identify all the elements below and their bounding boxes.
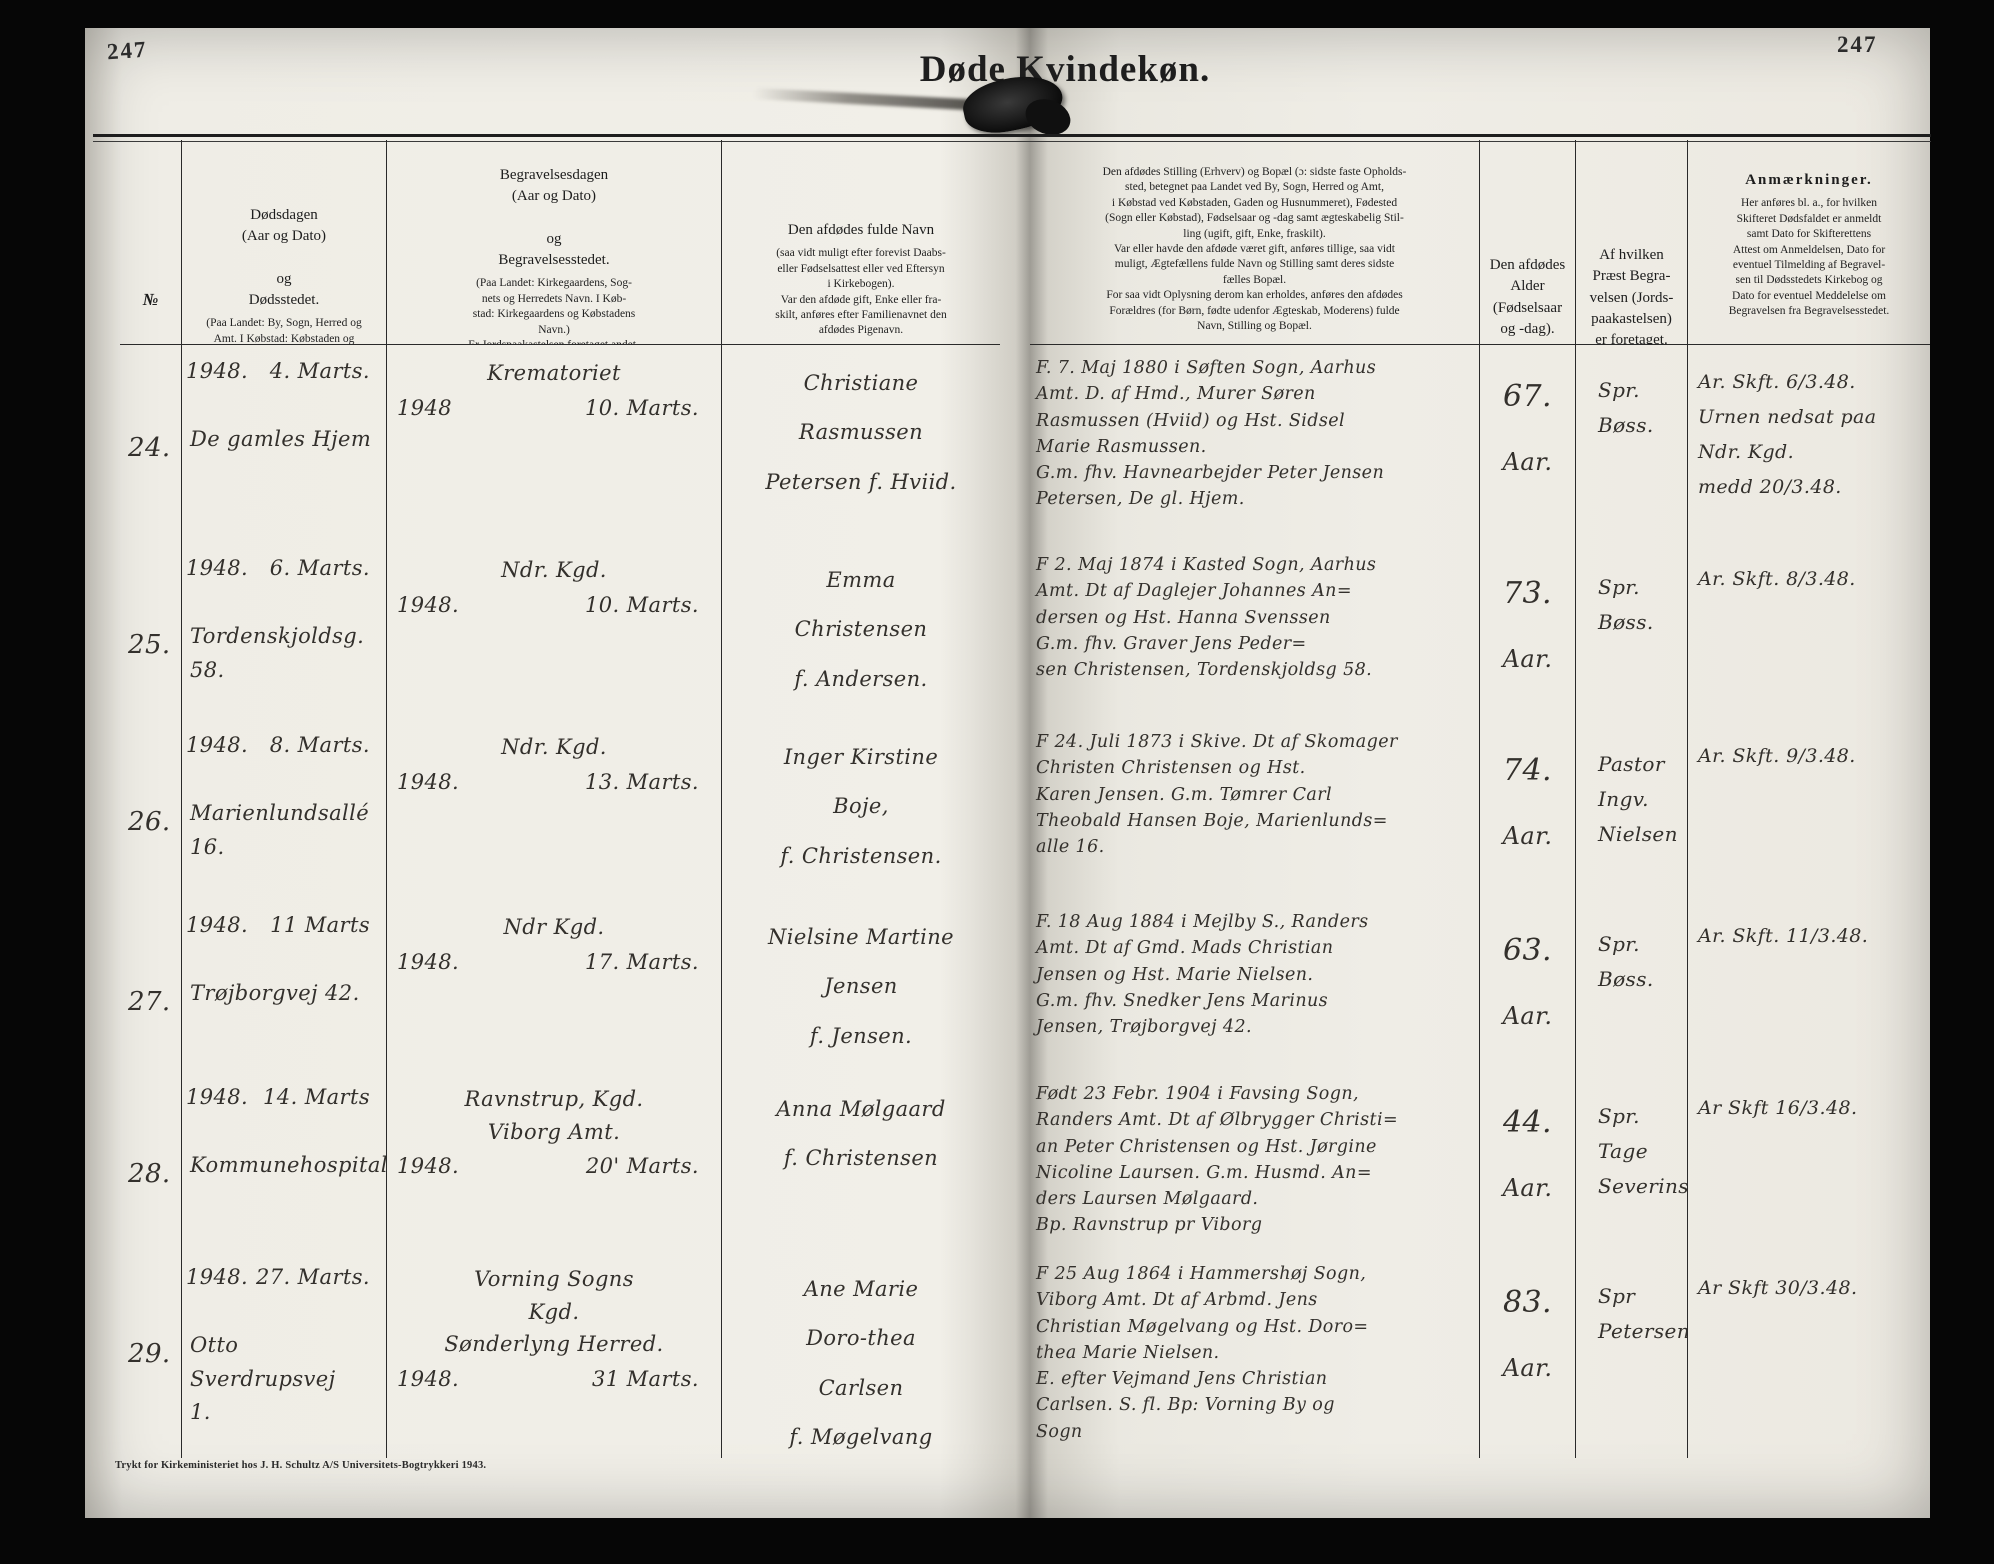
- age-cell: 73. Aar.: [1480, 542, 1576, 719]
- occupation-cell: F. 18 Aug 1884 i Mejlby S., Randers Amt.…: [1030, 899, 1480, 1071]
- age-cell: 67. Aar.: [1480, 345, 1576, 542]
- burial-place: Vorning Sogns Kgd. Sønderlyng Herred.: [387, 1251, 721, 1361]
- burial-cell: Ndr. Kgd. 1948.10. Marts.: [387, 542, 722, 719]
- remarks-cell: Ar. Skft. 8/3.48.: [1688, 542, 1930, 719]
- priest-cell: Spr. Tage Severinsen: [1576, 1071, 1688, 1251]
- age-header-title: Den afdødes Alder (Fødselsaar og -dag).: [1482, 255, 1573, 340]
- remarks-header-note: Her anføres bl. a., for hvilken Skiftere…: [1696, 196, 1922, 319]
- burial-year: 1948.: [397, 950, 459, 974]
- burial-place: Ravnstrup, Kgd. Viborg Amt.: [387, 1071, 721, 1148]
- age-value: 63.: [1480, 899, 1575, 968]
- age-unit: Aar.: [1480, 611, 1575, 673]
- priest-cell: Spr. Bøss.: [1576, 542, 1688, 719]
- death-year: 1948.: [186, 733, 248, 757]
- page-gap: [1000, 542, 1030, 719]
- page-gap: [1000, 140, 1030, 345]
- age-unit: Aar.: [1480, 1140, 1575, 1202]
- death-date: 8. Marts.: [270, 733, 370, 757]
- death-year: 1948.: [186, 913, 248, 937]
- column-header-occupation: Den afdødes Stilling (Erhverv) og Bopæl …: [1030, 140, 1480, 345]
- register-table: № Dødsdagen (Aar og Dato) og Dødsstedet.…: [120, 140, 1930, 1458]
- age-cell: 63. Aar.: [1480, 899, 1576, 1071]
- page-title: Døde Kvindekøn.: [875, 48, 1255, 91]
- column-header-remarks: Anmærkninger. Her anføres bl. a., for hv…: [1688, 140, 1930, 345]
- page-gap: [1000, 899, 1030, 1071]
- age-unit: Aar.: [1480, 788, 1575, 850]
- age-value: 67.: [1480, 345, 1575, 414]
- burial-date: 17. Marts.: [585, 950, 699, 974]
- burial-year: 1948.: [397, 593, 459, 617]
- page-number-left: 247: [106, 37, 148, 66]
- death-date: 14. Marts: [263, 1085, 370, 1109]
- remarks-cell: Ar. Skft. 11/3.48.: [1688, 899, 1930, 1071]
- occupation-header-note: Den afdødes Stilling (Erhverv) og Bopæl …: [1036, 165, 1473, 334]
- column-header-priest: Af hvilken Præst Begra- velsen (Jords- p…: [1576, 140, 1688, 345]
- page-gap: [1000, 1251, 1030, 1458]
- burial-date: 10. Marts.: [585, 593, 699, 617]
- entry-number: 27.: [120, 899, 182, 1071]
- death-year: 1948.: [186, 556, 248, 580]
- burial-header-note: (Paa Landet: Kirkegaardens, Sog- nets og…: [391, 276, 717, 345]
- name-cell: Inger Kirstine Boje, f. Christensen.: [722, 719, 1000, 899]
- name-cell: Christiane Rasmussen Petersen f. Hviid.: [722, 345, 1000, 542]
- entry-number: 28.: [120, 1071, 182, 1251]
- age-cell: 74. Aar.: [1480, 719, 1576, 899]
- occupation-cell: F. 7. Maj 1880 i Søften Sogn, Aarhus Amt…: [1030, 345, 1480, 542]
- age-value: 83.: [1480, 1251, 1575, 1320]
- death-date: 6. Marts.: [270, 556, 370, 580]
- death-year: 1948.: [186, 1085, 248, 1109]
- occupation-cell: Født 23 Febr. 1904 i Favsing Sogn, Rande…: [1030, 1071, 1480, 1251]
- burial-place: Ndr. Kgd.: [387, 542, 721, 587]
- name-header-note: (saa vidt muligt efter forevist Daabs- e…: [726, 246, 996, 338]
- death-cell: 1948.8. Marts. Marienlundsallé 16.: [182, 719, 387, 899]
- column-header-number: №: [120, 140, 182, 345]
- death-cell: 1948.14. Marts Kommunehospitalet.: [182, 1071, 387, 1251]
- name-header-title: Den afdødes fulde Navn: [726, 220, 996, 241]
- remarks-cell: Ar. Skft. 6/3.48. Urnen nedsat paa Ndr. …: [1688, 345, 1930, 542]
- age-value: 73.: [1480, 542, 1575, 611]
- name-cell: Ane Marie Doro-thea Carlsen f. Møgelvang: [722, 1251, 1000, 1458]
- occupation-cell: F 24. Juli 1873 i Skive. Dt af Skomager …: [1030, 719, 1480, 899]
- burial-year: 1948.: [397, 1154, 459, 1178]
- age-unit: Aar.: [1480, 968, 1575, 1030]
- priest-cell: Spr. Bøss.: [1576, 899, 1688, 1071]
- page-gap: [1000, 719, 1030, 899]
- death-place: Otto Sverdrupsvej 1.: [182, 1329, 386, 1430]
- death-place: Kommunehospitalet.: [182, 1149, 386, 1183]
- age-unit: Aar.: [1480, 1320, 1575, 1382]
- death-header-note: (Paa Landet: By, Sogn, Herred og Amt. I …: [188, 316, 380, 345]
- burial-year: 1948.: [397, 1367, 459, 1391]
- entry-number: 25.: [120, 542, 182, 719]
- priest-cell: Spr. Bøss.: [1576, 345, 1688, 542]
- burial-year: 1948.: [397, 770, 459, 794]
- burial-date: 31 Marts.: [592, 1367, 699, 1391]
- printer-imprint: Trykt for Kirkeministeriet hos J. H. Sch…: [115, 1460, 486, 1471]
- entry-number: 24.: [120, 345, 182, 542]
- burial-header-title: Begravelsesdagen (Aar og Dato) og Begrav…: [391, 165, 717, 271]
- burial-place: Ndr. Kgd.: [387, 719, 721, 764]
- death-cell: 1948.27. Marts. Otto Sverdrupsvej 1.: [182, 1251, 387, 1458]
- death-year: 1948.: [186, 359, 248, 383]
- remarks-cell: Ar Skft 30/3.48.: [1688, 1251, 1930, 1458]
- page-gap: [1000, 345, 1030, 542]
- book-scan: 247 247 Døde Kvindekøn. № Dødsdagen (Aar…: [85, 28, 1930, 1518]
- page-number-right: 247: [1837, 32, 1878, 58]
- death-cell: 1948.6. Marts. Tordenskjoldsg. 58.: [182, 542, 387, 719]
- column-header-name: Den afdødes fulde Navn (saa vidt muligt …: [722, 140, 1000, 345]
- death-header-title: Dødsdagen (Aar og Dato) og Dødsstedet.: [188, 205, 380, 311]
- number-symbol: №: [143, 290, 159, 309]
- death-year: 1948.: [186, 1265, 248, 1289]
- occupation-cell: F 25 Aug 1864 i Hammershøj Sogn, Viborg …: [1030, 1251, 1480, 1458]
- entry-number: 26.: [120, 719, 182, 899]
- age-value: 74.: [1480, 719, 1575, 788]
- death-date: 4. Marts.: [270, 359, 370, 383]
- burial-cell: Ndr. Kgd. 1948.13. Marts.: [387, 719, 722, 899]
- burial-cell: Vorning Sogns Kgd. Sønderlyng Herred. 19…: [387, 1251, 722, 1458]
- age-value: 44.: [1480, 1071, 1575, 1140]
- burial-place: Ndr Kgd.: [387, 899, 721, 944]
- burial-cell: Krematoriet 194810. Marts.: [387, 345, 722, 542]
- remarks-header-title: Anmærkninger.: [1696, 170, 1922, 191]
- burial-year: 1948: [397, 396, 452, 420]
- remarks-cell: Ar Skft 16/3.48.: [1688, 1071, 1930, 1251]
- occupation-cell: F 2. Maj 1874 i Kasted Sogn, Aarhus Amt.…: [1030, 542, 1480, 719]
- death-date: 11 Marts: [270, 913, 370, 937]
- burial-date: 10. Marts.: [585, 396, 699, 420]
- burial-place: Krematoriet: [387, 345, 721, 390]
- burial-cell: Ndr Kgd. 1948.17. Marts.: [387, 899, 722, 1071]
- age-cell: 44. Aar.: [1480, 1071, 1576, 1251]
- priest-header-title: Af hvilken Præst Begra- velsen (Jords- p…: [1578, 245, 1685, 345]
- scanned-parish-register: { "page": { "left_page_number": "247", "…: [0, 0, 1994, 1564]
- age-cell: 83. Aar.: [1480, 1251, 1576, 1458]
- name-cell: Nielsine Martine Jensen f. Jensen.: [722, 899, 1000, 1071]
- burial-date: 20' Marts.: [586, 1154, 699, 1178]
- name-cell: Anna Mølgaard f. Christensen: [722, 1071, 1000, 1251]
- priest-cell: Spr Petersen: [1576, 1251, 1688, 1458]
- death-place: Marienlundsallé 16.: [182, 797, 386, 864]
- remarks-cell: Ar. Skft. 9/3.48.: [1688, 719, 1930, 899]
- burial-date: 13. Marts.: [585, 770, 699, 794]
- burial-cell: Ravnstrup, Kgd. Viborg Amt. 1948.20' Mar…: [387, 1071, 722, 1251]
- column-header-burial: Begravelsesdagen (Aar og Dato) og Begrav…: [387, 140, 722, 345]
- death-place: Trøjborgvej 42.: [182, 977, 386, 1011]
- priest-cell: Pastor Ingv. Nielsen: [1576, 719, 1688, 899]
- entry-number: 29.: [120, 1251, 182, 1458]
- death-cell: 1948.4. Marts. De gamles Hjem: [182, 345, 387, 542]
- age-unit: Aar.: [1480, 414, 1575, 476]
- death-date: 27. Marts.: [256, 1265, 370, 1289]
- column-header-age: Den afdødes Alder (Fødselsaar og -dag).: [1480, 140, 1576, 345]
- death-place: De gamles Hjem: [182, 423, 386, 457]
- death-cell: 1948.11 Marts Trøjborgvej 42.: [182, 899, 387, 1071]
- name-cell: Emma Christensen f. Andersen.: [722, 542, 1000, 719]
- death-place: Tordenskjoldsg. 58.: [182, 620, 386, 687]
- column-header-death: Dødsdagen (Aar og Dato) og Dødsstedet. (…: [182, 140, 387, 345]
- page-gap: [1000, 1071, 1030, 1251]
